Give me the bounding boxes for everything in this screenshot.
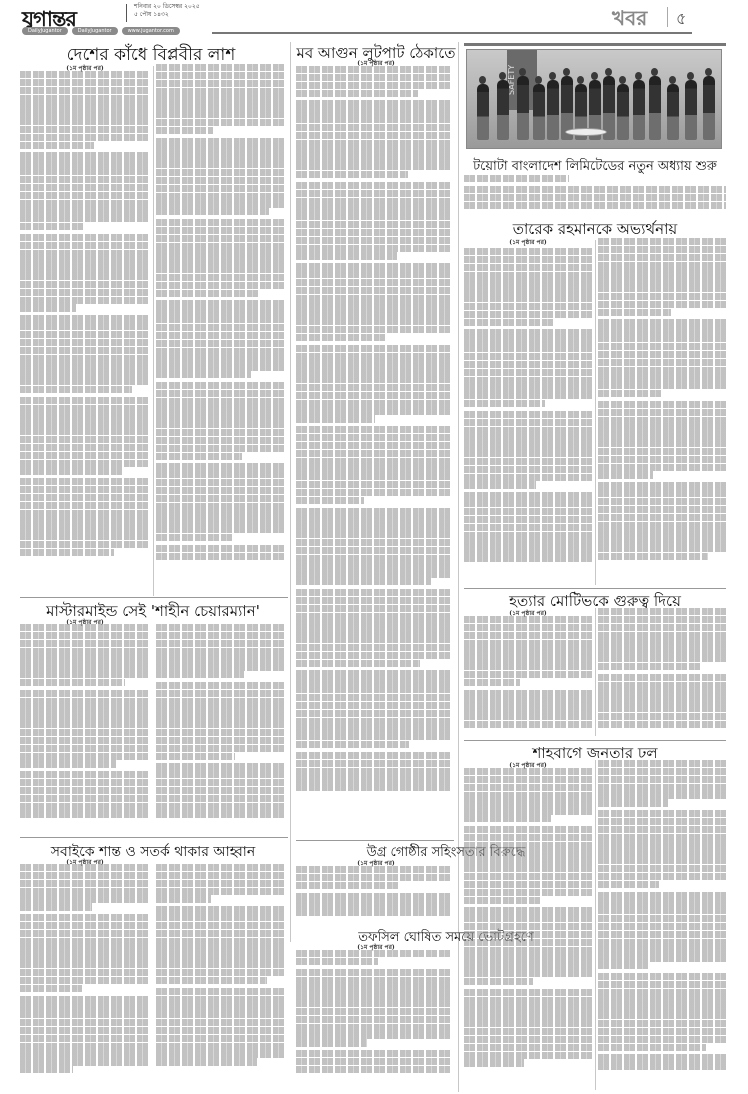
body-text-line [464, 474, 592, 481]
body-text-line [598, 471, 653, 478]
body-text-line [598, 973, 726, 980]
body-text-line [598, 506, 726, 513]
body-text-line [156, 413, 286, 420]
body-text-line [156, 80, 286, 87]
body-text-line [464, 175, 569, 182]
body-text-line [296, 140, 451, 147]
body-text-line [464, 427, 592, 434]
body-text-line [20, 355, 150, 362]
body-text-line [464, 337, 592, 344]
body-text-line [296, 670, 451, 677]
body-text-line [464, 768, 592, 775]
body-text-line [156, 953, 286, 960]
body-text-line [20, 1003, 150, 1010]
body-text-line [156, 930, 286, 937]
body-text-line [156, 682, 286, 689]
body-text-line [598, 448, 726, 455]
body-text-line [296, 310, 451, 317]
body-text-line [296, 252, 397, 259]
body-text-line [156, 969, 286, 976]
body-text-line [20, 397, 150, 404]
body-text-line [156, 1011, 286, 1018]
body-text-line [598, 689, 726, 696]
body-text-line [296, 741, 409, 748]
body-text-line [296, 132, 451, 139]
column-divider [153, 66, 154, 596]
body-text-line [20, 486, 150, 493]
body-text-line [20, 273, 150, 280]
body-text-line [598, 319, 726, 326]
body-text-line [464, 989, 592, 996]
body-text-line [156, 495, 286, 502]
body-text-line [156, 340, 286, 347]
body-text-line [296, 182, 451, 189]
body-text-line [156, 138, 286, 145]
article-6-column-1 [464, 616, 592, 736]
person-figure [547, 80, 559, 140]
body-text-line [598, 989, 726, 996]
body-text-line [20, 1027, 150, 1034]
section-rule [296, 840, 454, 841]
body-text-line [464, 873, 592, 880]
body-text-line [20, 452, 150, 459]
body-text-line [296, 660, 420, 667]
body-text-line [598, 624, 726, 631]
body-text-line [20, 420, 150, 427]
body-text-line [20, 215, 150, 222]
body-text-line [296, 694, 451, 701]
body-text-line [20, 467, 123, 474]
body-text-line [156, 779, 286, 786]
person-figure [517, 76, 529, 140]
body-text-line [464, 442, 592, 449]
body-text-line [598, 697, 726, 704]
body-text-line [156, 421, 286, 428]
body-text-line [156, 895, 211, 902]
body-text-line [20, 1019, 150, 1026]
body-text-line [598, 663, 702, 670]
body-text-line [20, 771, 150, 778]
body-text-line [296, 245, 451, 252]
body-text-line [20, 378, 150, 385]
body-text-line [296, 74, 451, 81]
body-text-line [296, 66, 451, 73]
body-text-line [296, 783, 451, 790]
body-text-line [296, 866, 451, 873]
body-text-line [296, 523, 451, 530]
body-text-line [296, 562, 451, 569]
body-text-line [156, 763, 286, 770]
body-text-line [20, 152, 150, 159]
body-text-line [464, 997, 592, 1004]
body-text-line [598, 682, 726, 689]
body-text-line [296, 345, 451, 352]
body-text-line [598, 981, 726, 988]
body-text-line [464, 279, 592, 286]
body-text-line [20, 436, 150, 443]
body-text-line [20, 339, 150, 346]
body-text-line [464, 450, 592, 457]
body-text-line [296, 984, 451, 991]
body-text-line [296, 1008, 451, 1015]
body-text-line [598, 954, 726, 961]
body-text-line [156, 145, 286, 152]
body-text-line [20, 864, 150, 871]
body-text-line [464, 705, 592, 712]
body-text-line [296, 1050, 451, 1057]
body-text-line [464, 555, 592, 562]
person-figure [633, 80, 645, 140]
body-text-line [464, 466, 592, 473]
article-4-column-1 [464, 245, 592, 585]
body-text-line [156, 193, 286, 200]
body-text-line [296, 578, 431, 585]
body-text-line [598, 647, 726, 654]
body-text-line [296, 171, 408, 178]
body-text-line [20, 71, 150, 78]
body-text-line [598, 367, 726, 374]
body-text-line [296, 686, 451, 693]
body-text-line [464, 632, 592, 639]
person-head [519, 68, 526, 76]
body-text-line [464, 647, 592, 654]
body-text-line [156, 864, 286, 871]
body-text-line [20, 810, 150, 817]
body-text-line [156, 1019, 286, 1026]
body-text-line [464, 897, 542, 904]
body-text-line [296, 718, 451, 725]
body-text-line [20, 945, 150, 952]
body-text-line [464, 384, 592, 391]
body-text-line [20, 787, 150, 794]
body-text-line [156, 880, 286, 887]
body-text-line [464, 329, 592, 336]
body-text-line [20, 234, 150, 241]
body-text-line [20, 903, 92, 910]
body-text-line [598, 343, 726, 350]
body-text-line [20, 386, 132, 393]
body-text-line [598, 390, 662, 397]
body-text-line [296, 678, 451, 685]
body-text-line [20, 671, 150, 678]
body-text-line [20, 1035, 150, 1042]
body-text-line [20, 95, 150, 102]
body-text-line [20, 250, 150, 257]
body-text-line [296, 198, 451, 205]
body-text-line [464, 295, 592, 302]
x-link[interactable]: DailyJugantor [22, 27, 68, 35]
body-text-line [598, 409, 726, 416]
body-text-line [296, 295, 451, 302]
body-text-line [156, 914, 286, 921]
body-text-line [464, 1036, 592, 1043]
body-text-line [296, 992, 451, 999]
body-text-line [156, 64, 286, 71]
body-text-line [20, 737, 150, 744]
body-text-line [598, 1062, 726, 1069]
body-text-line [598, 301, 726, 308]
body-text-line [20, 549, 114, 556]
person-head [619, 76, 626, 84]
person-head [635, 72, 642, 80]
body-text-line [156, 518, 286, 525]
person-figure [703, 76, 715, 140]
body-text-line [20, 110, 150, 117]
body-text-line [156, 922, 286, 929]
person-head [605, 68, 612, 76]
body-text-line [296, 1000, 451, 1007]
body-text-line [598, 293, 726, 300]
person-head [591, 72, 598, 80]
body-text-line [20, 297, 150, 304]
body-text-line [598, 424, 726, 431]
body-text-line [156, 996, 286, 1003]
body-text-line [20, 405, 150, 412]
body-text-line [296, 155, 451, 162]
body-text-line [296, 442, 451, 449]
body-text-line [20, 557, 150, 560]
body-text-line [20, 541, 150, 548]
body-text-line [296, 392, 451, 399]
body-text-line [156, 961, 286, 968]
facebook-link[interactable]: DailyJugantor [72, 27, 118, 35]
body-text-line [296, 279, 451, 286]
body-text-line [20, 444, 150, 451]
body-text-line [464, 547, 592, 554]
body-text-line [156, 390, 286, 397]
article-8-column-1 [20, 864, 150, 1086]
person-head [669, 76, 676, 84]
body-text-line [20, 895, 150, 902]
body-text-line [598, 382, 726, 389]
body-text-line [296, 725, 451, 732]
body-text-line [20, 207, 150, 214]
body-text-line [598, 277, 726, 284]
body-text-line [156, 266, 286, 273]
body-text-line [464, 792, 592, 799]
body-text-line [20, 713, 150, 720]
body-text-line [464, 671, 592, 678]
body-text-line [156, 698, 286, 705]
body-text-line [598, 873, 726, 880]
body-text-line [20, 362, 150, 369]
body-text-line [464, 369, 592, 376]
body-text-line [464, 1004, 592, 1011]
dateline: শনিবার ২০ ডিসেম্বর ২০২৫ ৫ পৌষ ১৪৩২ [134, 3, 200, 19]
body-text-line [296, 1058, 451, 1065]
body-text-line [464, 721, 592, 728]
body-text-line [156, 308, 286, 315]
body-text-line [598, 1028, 726, 1035]
body-text-line [464, 194, 726, 201]
body-text-line [296, 508, 451, 515]
body-text-line [598, 923, 726, 930]
body-text-line [296, 205, 451, 212]
body-text-line [20, 460, 150, 467]
body-text-line [156, 906, 286, 913]
body-text-line [598, 1054, 726, 1061]
body-text-line [296, 555, 451, 562]
cake-table [565, 128, 607, 136]
body-text-line [156, 1058, 257, 1065]
body-text-line [296, 1016, 451, 1023]
body-text-line [296, 82, 451, 89]
body-text-line [296, 415, 375, 422]
body-text-line [20, 304, 76, 311]
person-head [535, 76, 542, 84]
body-text-line [156, 119, 286, 126]
body-text-line [464, 784, 592, 791]
body-text-line [20, 517, 150, 524]
body-text-line [156, 872, 286, 879]
body-text-line [598, 432, 726, 439]
person-head [705, 68, 712, 76]
body-text-line [20, 118, 150, 125]
body-text-line [20, 87, 150, 94]
body-text-line [156, 648, 286, 655]
body-text-line [156, 290, 260, 297]
body-text-line [598, 962, 650, 969]
body-text-line [598, 490, 726, 497]
body-text-line [464, 616, 592, 623]
section-rule [20, 837, 288, 838]
body-text-line [296, 760, 451, 767]
body-text-line [598, 996, 726, 1003]
body-text-line [20, 1011, 150, 1018]
body-text-line [156, 300, 286, 307]
body-text-line [156, 95, 286, 102]
body-text-line [156, 282, 286, 289]
body-text-line [598, 841, 726, 848]
website-link[interactable]: www.jugantor.com [122, 27, 180, 35]
body-text-line [20, 331, 150, 338]
body-text-line [296, 481, 451, 488]
body-text-line [464, 419, 592, 426]
body-text-line [464, 202, 726, 209]
body-text-line [598, 760, 726, 767]
body-text-line [296, 458, 451, 465]
body-text-line [464, 915, 592, 922]
body-text-line [296, 775, 451, 782]
body-text-line [296, 644, 451, 651]
body-text-line [156, 534, 233, 541]
body-text-line [20, 1058, 150, 1065]
body-text-line [464, 640, 592, 647]
body-text-line [296, 100, 451, 107]
body-text-line [598, 327, 726, 334]
section-rule [464, 740, 726, 741]
body-text-line [464, 978, 533, 985]
body-text-line [464, 834, 592, 841]
body-text-line [464, 679, 520, 686]
body-text-line [156, 398, 286, 405]
body-text-line [296, 147, 451, 154]
body-text-line [464, 500, 592, 507]
body-text-line [464, 907, 592, 914]
body-text-line [598, 939, 726, 946]
body-text-line [20, 289, 150, 296]
body-text-line [156, 453, 242, 460]
body-text-line [156, 72, 286, 79]
body-text-line [598, 768, 726, 775]
body-text-line [464, 697, 592, 704]
body-text-line [20, 721, 150, 728]
body-text-line [598, 784, 726, 791]
body-text-line [598, 674, 726, 681]
body-text-line [598, 881, 659, 888]
body-text-line [598, 1004, 726, 1011]
body-text-line [20, 640, 150, 647]
photo-top-rule [464, 43, 726, 46]
body-text-line [20, 184, 150, 191]
column-divider [290, 42, 291, 942]
body-text-line [156, 721, 286, 728]
body-text-line [296, 384, 451, 391]
body-text-line [20, 142, 94, 149]
body-text-line [464, 923, 592, 930]
body-text-line [156, 274, 286, 281]
body-text-line [598, 285, 726, 292]
body-text-line [464, 663, 592, 670]
body-text-line [296, 318, 451, 325]
body-text-line [20, 996, 150, 1003]
body-text-line [156, 250, 286, 257]
body-text-line [20, 969, 150, 976]
body-text-line [20, 648, 150, 655]
person-head [479, 76, 486, 84]
body-text-line [20, 624, 150, 631]
article-7-column-1 [464, 768, 592, 1090]
body-text-line [20, 930, 150, 937]
body-text-line [296, 489, 451, 496]
body-text-line [20, 1050, 150, 1057]
body-text-line [156, 640, 286, 647]
body-text-line [598, 254, 726, 261]
body-text-line [20, 192, 150, 199]
body-text-line [20, 922, 150, 929]
body-text-line [296, 400, 451, 407]
body-text-line [296, 263, 451, 270]
body-text-line [296, 124, 451, 131]
person-head [563, 68, 570, 76]
section-rule [464, 588, 726, 589]
body-text-line [20, 914, 150, 921]
body-text-line [20, 525, 150, 532]
article-10-column [296, 950, 451, 1090]
body-text-line [156, 111, 286, 118]
body-text-line [156, 177, 286, 184]
body-text-line [598, 553, 708, 560]
body-text-line [296, 1066, 451, 1073]
body-text-line [598, 791, 726, 798]
body-text-line [296, 597, 451, 604]
body-text-line [296, 605, 451, 612]
body-text-line [156, 526, 286, 533]
body-text-line [464, 287, 592, 294]
article-9-column [296, 866, 451, 926]
body-text-line [20, 632, 150, 639]
body-text-line [296, 515, 451, 522]
body-text-line [598, 374, 726, 381]
body-text-line [156, 235, 286, 242]
section-rule [20, 597, 288, 598]
body-text-line [156, 382, 286, 389]
body-text-line [464, 1052, 592, 1059]
body-text-line [156, 463, 286, 470]
body-text-line [296, 752, 451, 759]
body-text-line [296, 90, 418, 97]
person-head [549, 72, 556, 80]
